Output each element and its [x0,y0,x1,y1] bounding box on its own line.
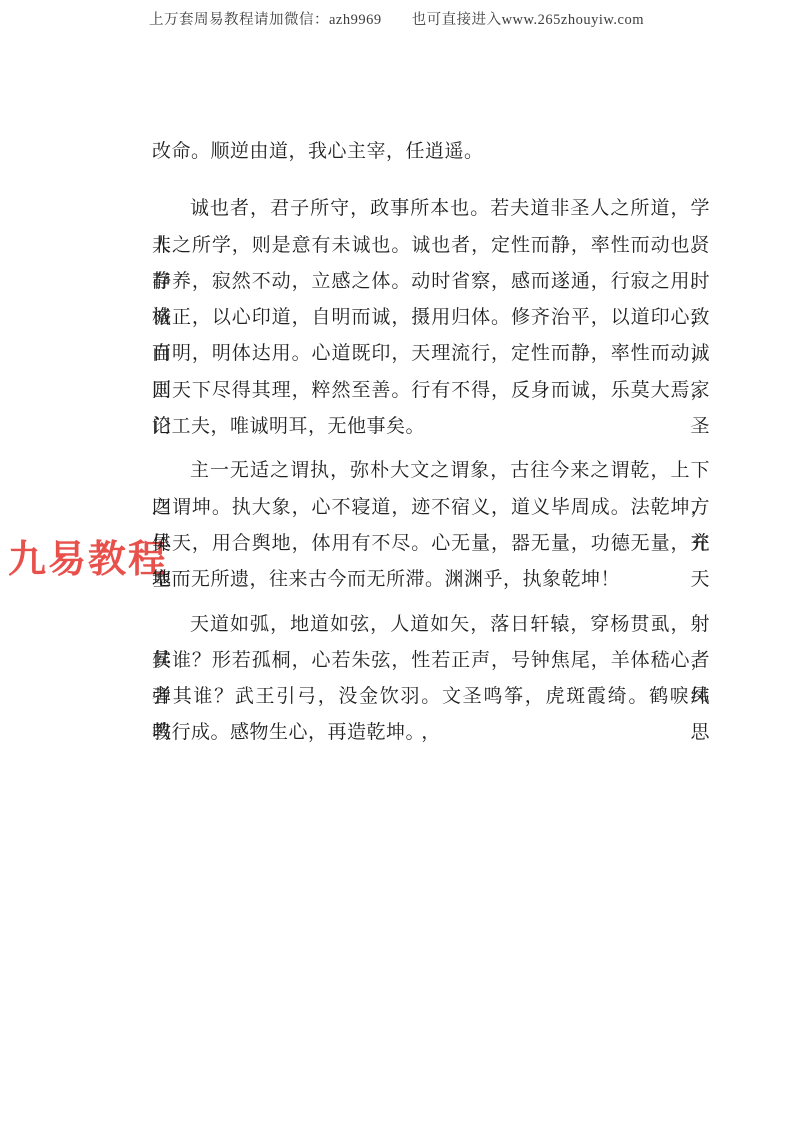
text-line: 主一无适之谓执，弥朴大文之谓象，古往今来之谓乾，上下四方 [152,453,710,489]
text-line: 改命。顺逆由道，我心主宰，任逍遥。 [152,134,710,170]
text-line: 昊天，用合舆地，体用有不尽。心无量，器无量，功德无量，充塞天 [152,526,710,562]
text-line: 国天下尽得其理，粹然至善。行有不得，反身而诚，乐莫大焉，论圣 [152,373,710,409]
paragraph: 天道如弧，地道如弦，人道如矢，落日轩辕，穿杨贯虱，射侯者 其谁？形若孤桐，心若朱… [152,607,710,752]
text-line: 人之所学，则是意有未诚也。诚也者，定性而静，率性而动也。静时 [152,228,710,264]
text-line: 者其谁？武王引弓，没金饮羽。文圣鸣筝，虎斑霞绮。鹤唳凤鸣，思 [152,679,710,715]
text-line: 天道如弧，地道如弦，人道如矢，落日轩辕，穿杨贯虱，射侯者 [152,607,710,643]
text-line: 存养，寂然不动，立感之体。动时省察，感而遂通，行寂之用。格致 [152,264,710,300]
header-ad-notice: 上万套周易教程请加微信：azh9969 也可直接进入www.265zhouyiw… [0,8,793,29]
text-line: 其谁？形若孤桐，心若朱弦，性若正声，号钟焦尾，羊体嵇心，弹纬 [152,643,710,679]
paragraph: 诚也者，君子所守，政事所本也。若夫道非圣人之所道，学非贤 人之所学，则是意有未诚… [152,191,710,445]
scanned-document-page: 上万套周易教程请加微信：azh9969 也可直接进入www.265zhouyiw… [0,0,793,1121]
text-line: 而明，明体达用。心道既印，天理流行，定性而静，率性而动，则家 [152,336,710,372]
text-line: 诚正，以心印道，自明而诚，摄用归体。修齐治平，以道印心，自诚 [152,300,710,336]
paragraph: 主一无适之谓执，弥朴大文之谓象，古往今来之谓乾，上下四方 之谓坤。执大象，心不寝… [152,453,710,598]
text-line: 之谓坤。执大象，心不寝道，迹不宿义，道义毕周成。法乾坤，体并 [152,490,710,526]
watermark-text: 九易教程 [8,541,168,579]
body-text-block: 改命。顺逆由道，我心主宰，任逍遥。 诚也者，君子所守，政事所本也。若夫道非圣人之… [152,134,710,760]
paragraph: 改命。顺逆由道，我心主宰，任逍遥。 [152,134,710,170]
text-line: 诚也者，君子所守，政事所本也。若夫道非圣人之所道，学非贤 [152,191,710,227]
